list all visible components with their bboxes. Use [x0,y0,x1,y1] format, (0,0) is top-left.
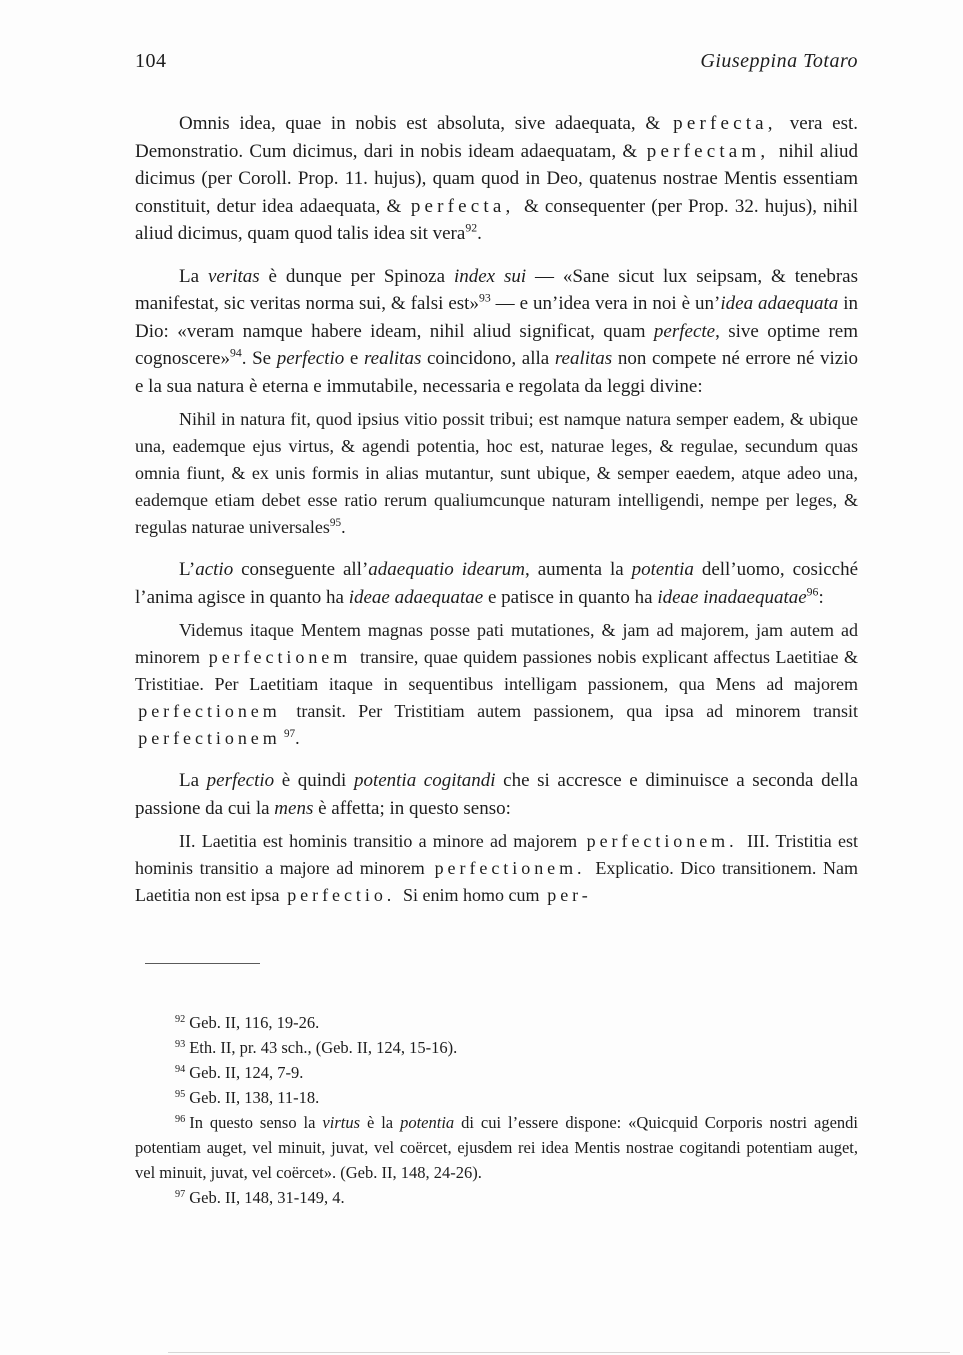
letterspaced-text: perfecta, [673,113,777,134]
text-run: — e un’idea vera in noi è un’ [491,293,721,314]
footnote-marker: 92 [465,222,477,235]
page-number: 104 [135,48,167,74]
footnote: 94Geb. II, 124, 7-9. [135,1060,858,1085]
text-run: . [295,728,300,748]
italic-text: perfectio [277,348,345,369]
footnote-rule [145,963,260,964]
text-run: La [179,770,207,791]
body-paragraph: Omnis idea, quae in nobis est absoluta, … [135,110,858,248]
text-run: Geb. II, 148, 31-149, 4. [189,1188,344,1207]
italic-text: ideae adaequatae [349,587,484,608]
text-run: II. Laetitia est hominis transitio a min… [179,831,583,851]
italic-text: actio [195,559,233,580]
letterspaced-text: perfectio. [287,885,395,905]
quote-block: Nihil in natura fit, quod ipsius vitio p… [135,406,858,541]
text-run: La [179,266,208,287]
italic-text: virtus [322,1113,360,1132]
italic-text: realitas [364,348,421,369]
italic-text: adaequatio idearum [368,559,525,580]
italic-text: perfectio [207,770,275,791]
body-paragraph: La veritas è dunque per Spinoza index su… [135,263,858,401]
italic-text: potentia cogitandi [354,770,496,791]
text-run: transit. Per Tristitiam autem passionem,… [284,701,858,721]
quote-block: II. Laetitia est hominis transitio a min… [135,828,858,909]
footnote-marker: 94 [230,347,242,360]
italic-text: index sui [454,266,526,287]
letterspaced-text: perfectionem [138,701,280,721]
text-run: Omnis idea, quae in nobis est absoluta, … [179,113,670,134]
italic-text: mens [274,798,313,819]
italic-text: ideae inadaequatae [657,587,806,608]
footnote-number: 93 [175,1039,185,1050]
letterspaced-text: perfectam, [647,141,770,162]
page-header: 104 Giuseppina Totaro [135,48,858,74]
footnote-marker: 93 [479,292,491,305]
page-content: 104 Giuseppina Totaro Omnis idea, quae i… [135,48,858,1210]
text-run: . Se [242,348,277,369]
footnote: 95Geb. II, 138, 11-18. [135,1085,858,1110]
body-text: Omnis idea, quae in nobis est absoluta, … [135,110,858,909]
text-run: è dunque per Spinoza [260,266,454,287]
text-run: conseguente all’ [233,559,368,580]
text-run: , aumenta la [525,559,632,580]
footnote-number: 97 [175,1189,185,1200]
text-run: In questo senso la [189,1113,322,1132]
letterspaced-text: perfectionem. [587,831,738,851]
text-run: Eth. II, pr. 43 sch., (Geb. II, 124, 15-… [189,1038,457,1057]
footnote-number: 94 [175,1064,185,1075]
running-head: Giuseppina Totaro [700,48,858,74]
text-run: : [818,587,823,608]
letterspaced-text: perfecta, [411,196,515,217]
letterspaced-text: perfectionem. [435,858,586,878]
page-edge-line [168,1352,950,1353]
body-paragraph: L’actio conseguente all’adaequatio idear… [135,556,858,611]
quote-block: Videmus itaque Mentem magnas posse pati … [135,617,858,752]
text-run: Geb. II, 124, 7-9. [189,1063,303,1082]
text-run: Nihil in natura fit, quod ipsius vitio p… [135,409,858,537]
body-paragraph: La perfectio è quindi potentia cogitandi… [135,767,858,822]
footnote: 96In questo senso la virtus è la potenti… [135,1110,858,1185]
footnote-number: 95 [175,1089,185,1100]
footnote-number: 96 [175,1114,185,1125]
text-run: L’ [179,559,195,580]
italic-text: potentia [400,1113,454,1132]
italic-text: veritas [208,266,260,287]
text-run: e patisce in quanto ha [483,587,657,608]
text-run: è affetta; in questo senso: [313,798,511,819]
text-run: e [344,348,364,369]
text-run: . [477,223,482,244]
letterspaced-text: perfectionem [138,728,280,748]
footnote: 97Geb. II, 148, 31-149, 4. [135,1185,858,1210]
footnote-number: 92 [175,1014,185,1025]
italic-text: idea adaequata [720,293,838,314]
footnotes: 92Geb. II, 116, 19-26.93Eth. II, pr. 43 … [135,1010,858,1210]
italic-text: perfecte [654,321,715,342]
footnote-marker: 96 [807,585,819,598]
text-run: coincidono, alla [421,348,554,369]
italic-text: realitas [555,348,612,369]
text-run: è la [360,1113,400,1132]
letterspaced-text: per- [547,885,591,905]
italic-text: potentia [632,559,694,580]
book-page: 104 Giuseppina Totaro Omnis idea, quae i… [0,0,963,1355]
footnote-marker: 95 [330,517,341,529]
text-run: Geb. II, 138, 11-18. [189,1088,319,1107]
footnote-marker: 97 [284,728,295,740]
text-run: Si enim homo cum [399,885,545,905]
text-run: . [341,517,346,537]
text-run: Geb. II, 116, 19-26. [189,1013,319,1032]
footnote: 93Eth. II, pr. 43 sch., (Geb. II, 124, 1… [135,1035,858,1060]
footnote: 92Geb. II, 116, 19-26. [135,1010,858,1035]
letterspaced-text: perfectionem [209,647,351,667]
text-run: è quindi [274,770,354,791]
